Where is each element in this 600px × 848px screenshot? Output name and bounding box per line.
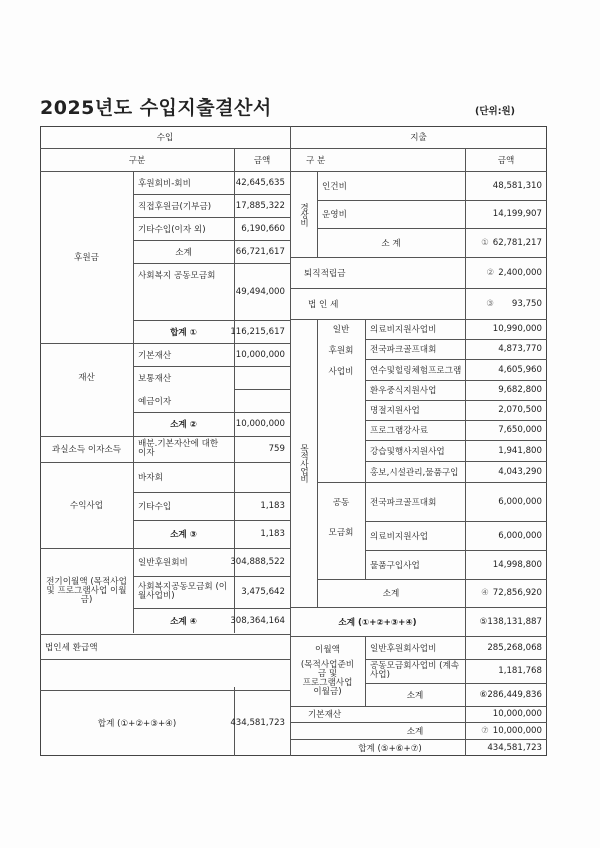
operating-label: 경상비 [290, 171, 317, 257]
expense-grand-total-label: 합계 (⑤+⑥+⑦) [290, 739, 465, 756]
donation-subtotal: 66,721,617 [234, 240, 290, 263]
expense-item-value: 285,268,068 [465, 636, 547, 659]
expense-item-label: 홍보,시설관리,물품구입 [365, 461, 465, 482]
unit-label: (단위:원) [475, 103, 515, 117]
expense-item-label: 명절지원사업 [365, 400, 465, 420]
community-chest-label: 사회복지 공동모금회 [133, 263, 234, 320]
fruit-income-label: 과실소득 이자소득 [40, 436, 133, 462]
circled-mark: ④ [481, 588, 489, 598]
profit-business-label: 수익사업 [40, 462, 133, 548]
property-subtotal: 10,000,000 [234, 412, 290, 436]
expense-item-value: 6,000,000 [465, 521, 547, 550]
income-item-value [234, 389, 290, 412]
header-category: 구분 [40, 148, 234, 171]
expense-item-value: 10,990,000 [465, 319, 547, 339]
divider [40, 659, 290, 660]
community-chest-expense-label: 공동 모금회 [317, 482, 365, 579]
expense-item-value: 9,682,800 [465, 380, 547, 400]
donation-total-label: 합계 ① [133, 320, 234, 343]
expense-item-value: 1,941,800 [465, 440, 547, 461]
expense-item-value: 48,581,310 [465, 171, 547, 200]
expense-item-label: 강습및행사지원사업 [365, 440, 465, 461]
income-item-label: 바자회 [133, 462, 234, 492]
expense-item-value: 7,650,000 [465, 420, 547, 440]
label-line: 모금회 [329, 526, 354, 538]
income-item-label: 예금이자 [133, 389, 234, 412]
purpose-subtotal-value: 72,856,920 [493, 588, 542, 598]
expense-item-label: 환우중식지원사업 [365, 380, 465, 400]
expense-item-value: 2,070,500 [465, 400, 547, 420]
circled-mark: ③ [486, 299, 494, 309]
community-chest-value: 49,494,000 [234, 263, 290, 320]
circled-mark: ② [487, 268, 495, 278]
income-item-label: 기본재산 [133, 343, 234, 366]
corporate-tax-value: ③93,750 [465, 288, 547, 319]
income-item-value: 3,475,642 [234, 576, 290, 608]
label-line: 사업비 [329, 365, 354, 377]
expense-item-value: 4,043,290 [465, 461, 547, 482]
expense-item-label: 물품구입사업 [365, 550, 465, 579]
donation-subtotal-label: 소계 [133, 240, 234, 263]
income-grand-total: 434,581,723 [234, 690, 290, 756]
carryover-label: 전기이월액 (목적사업 및 프로그램사업 이월금) [40, 548, 133, 634]
general-sponsor-label: 일반 후원회 사업비 [317, 319, 365, 482]
subtotal5-value: ⑤138,131,887 [465, 607, 547, 636]
purpose-subtotal: ④72,856,920 [465, 579, 547, 607]
expense-carryover-subtotal-label: 소계 [365, 683, 465, 706]
circled-mark: ① [481, 238, 489, 248]
expense-item-label: 운영비 [317, 200, 465, 228]
header-amount: 금액 [234, 148, 290, 171]
income-item-label: 기타수입(이자 외) [133, 217, 234, 240]
profit-subtotal-label: 소계 ③ [133, 520, 234, 548]
expense-item-value: 4,873,770 [465, 339, 547, 359]
expense-item-label: 프로그램강사료 [365, 420, 465, 440]
income-item-value [234, 366, 290, 389]
expense-item-label: 전국파크골프대회 [365, 482, 465, 521]
retirement-amount: 2,400,000 [498, 268, 542, 278]
header-expense: 지출 [290, 126, 547, 148]
corporate-tax-amount: 93,750 [512, 299, 542, 309]
subtotal7-amount: 10,000,000 [493, 726, 542, 736]
property-subtotal-label: 소계 ② [133, 412, 234, 436]
subtotal7-value: ⑦10,000,000 [465, 722, 547, 739]
income-item-label: 사회복지공동모금회 (이월사업비) [133, 576, 234, 608]
expense-item-value: 6,000,000 [465, 482, 547, 521]
corporate-tax-label: 법 인 세 [290, 288, 465, 319]
basic-property-label: 기본재산 [290, 706, 465, 722]
subtotal7-label: 소계 [290, 722, 465, 739]
expense-item-label: 전국파크골프대회 [365, 339, 465, 359]
expense-carryover-label: 이월액 (목적사업준비 금 및 프로그램사업 이월금) [290, 636, 365, 706]
fruit-income-value: 759 [234, 436, 290, 462]
header-amount-right: 금액 [465, 148, 547, 171]
purpose-label: 목적사업비 [290, 319, 317, 607]
page-title: 2025년도 수입지출결산서 [40, 93, 272, 120]
label-line: 일반 [333, 323, 350, 335]
basic-property-value: 10,000,000 [465, 706, 547, 722]
donation-total: 116,215,617 [234, 320, 290, 343]
retirement-label: 퇴직적립금 [290, 257, 465, 288]
income-item-label: 기타수입 [133, 492, 234, 520]
income-item-label: 일반후원회비 [133, 548, 234, 576]
operating-subtotal-label: 소 계 [317, 228, 465, 257]
header-category-right: 구 분 [290, 148, 465, 171]
label-line: 공동 [333, 496, 350, 508]
label-line: 이월금) [313, 688, 341, 697]
subtotal5-label: 소계 (①+②+③+④) [290, 607, 465, 636]
income-item-value: 6,190,660 [234, 217, 290, 240]
carryover-subtotal-label: 소계 ④ [133, 608, 234, 634]
income-item-label: 직접후원금(기부금) [133, 194, 234, 217]
expense-item-value: 14,998,800 [465, 550, 547, 579]
expense-item-label: 의료비지원사업비 [365, 319, 465, 339]
income-item-value: 42,645,635 [234, 171, 290, 194]
tax-refund-label: 법인세 환급액 [40, 634, 234, 659]
expense-item-label: 연수및힐링체험프로그램 [365, 359, 465, 380]
expense-item-label: 일반후원회사업비 [365, 636, 465, 659]
expense-item-value: 1,181,768 [465, 659, 547, 683]
income-grand-total-label: 합계 (①+②+③+④) [40, 690, 234, 756]
retirement-value: ②2,400,000 [465, 257, 547, 288]
income-item-value: 17,885,322 [234, 194, 290, 217]
income-item-value: 304,888,522 [234, 548, 290, 576]
expense-item-label: 의료비지원사업 [365, 521, 465, 550]
income-item-value: 1,183 [234, 492, 290, 520]
carryover-subtotal: 308,364,164 [234, 608, 290, 634]
expense-item-label: 인건비 [317, 171, 465, 200]
income-item-value [234, 462, 290, 492]
expense-grand-total: 434,581,723 [465, 739, 547, 756]
income-item-label: 후원회비-회비 [133, 171, 234, 194]
expense-item-value: 4,605,960 [465, 359, 547, 380]
fruit-income-item: 배분.기본자산에 대한 이자 [133, 436, 234, 462]
income-item-label: 보통재산 [133, 366, 234, 389]
operating-subtotal-value: 62,781,217 [493, 238, 542, 248]
property-label: 재산 [40, 343, 133, 436]
label-line: 이월액 [315, 646, 340, 655]
circled-mark: ⑦ [481, 726, 489, 736]
purpose-subtotal-label: 소계 [317, 579, 465, 607]
expense-item-value: 14,199,907 [465, 200, 547, 228]
tax-refund-value [234, 634, 290, 659]
expense-item-label: 공동모금회사업비 (계속사업) [365, 659, 465, 683]
operating-subtotal: ①62,781,217 [465, 228, 547, 257]
expense-carryover-subtotal: ⑥286,449,836 [465, 683, 547, 706]
label-line: 후원회 [329, 344, 354, 356]
header-income: 수입 [40, 126, 290, 148]
donation-label: 후원금 [40, 171, 133, 343]
profit-subtotal: 1,183 [234, 520, 290, 548]
income-item-value: 10,000,000 [234, 343, 290, 366]
